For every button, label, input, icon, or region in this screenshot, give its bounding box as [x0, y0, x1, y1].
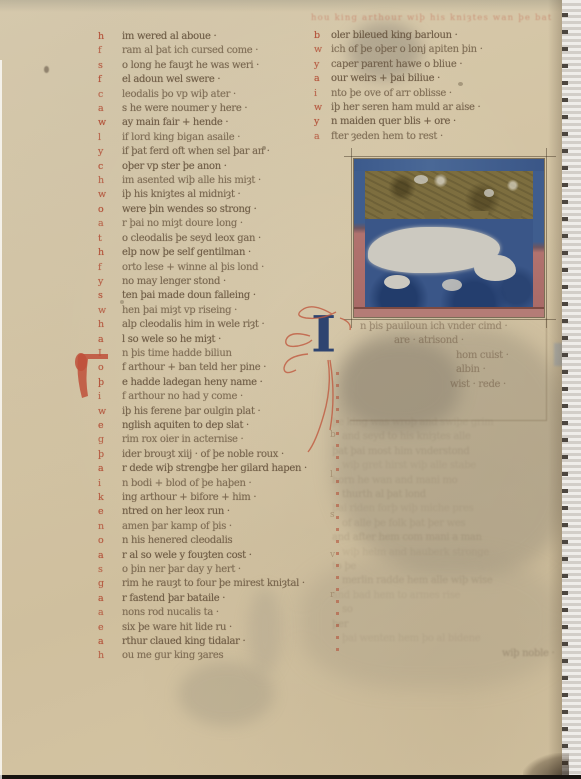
line-initial: h	[98, 649, 122, 663]
line-text: r dede wiþ strengþe her gilard hapen ·	[122, 462, 338, 476]
miniature-left-border	[354, 171, 365, 307]
manuscript-line: and after hem com mani a man	[332, 531, 560, 545]
line-text: ing arthour + bifore + him ·	[122, 491, 338, 505]
line-initial: y	[98, 275, 122, 289]
line-initial: i	[98, 477, 122, 491]
line-initial: a	[98, 549, 122, 563]
miniature-bottom-border	[354, 307, 544, 317]
line-initial: w	[98, 405, 122, 419]
line-text: leodalis þo vp wiþ ater ·	[122, 88, 338, 102]
manuscript-line: þat þai most him vnderstond	[332, 445, 560, 459]
manuscript-line: n þis pauiloun ich vnder cimd ·	[360, 320, 560, 334]
manuscript-line: lif lord king bigan asaile ·	[98, 131, 338, 145]
line-text: nons rod nucalis ta ·	[122, 606, 338, 620]
line-text: e hadde ladegan heny name ·	[122, 376, 338, 390]
line-text: and after hem com mani a man	[332, 531, 560, 545]
line-initial: h	[98, 318, 122, 332]
manuscript-line: wich of þe oþer o lonj apiten þin ·	[314, 43, 566, 57]
line-text: thurth al þat lond	[342, 488, 560, 502]
line-initial: c	[98, 88, 122, 102]
page-edge-shadow	[548, 0, 562, 779]
line-text: þe king was wroþ and swiþe grim	[332, 416, 560, 430]
line-initial: e	[98, 419, 122, 433]
line-text: rthur claued king tidalar ·	[122, 635, 338, 649]
line-initial: a	[98, 462, 122, 476]
miniature-frame	[354, 159, 544, 317]
manuscript-line: to þe	[332, 560, 560, 574]
line-text: n maiden quer blis + ore ·	[331, 115, 566, 129]
line-text: iþ her seren ham muld ar aise ·	[331, 101, 566, 115]
line-text: r þai no miȝt doure long ·	[122, 217, 338, 231]
manuscript-line: and bad hem to armes rise	[332, 589, 560, 603]
line-initial: b	[314, 29, 331, 43]
manuscript-line: grim he rauȝt to four þe mirest kniȝtal …	[98, 577, 338, 591]
line-text: if þat ferd oft when sel þar an ·	[122, 145, 338, 159]
stain	[178, 662, 274, 726]
line-initial: g	[98, 433, 122, 447]
line-text: n þis time hadde biliun	[122, 347, 338, 361]
line-text: and seyd to his kniȝtes alle	[342, 430, 560, 444]
line-initial: a	[98, 606, 122, 620]
manuscript-line: wiþ her seren ham muld ar aise ·	[314, 101, 566, 115]
manuscript-line: if arthour no had y come ·	[98, 390, 338, 404]
line-text: hen þai miȝt vp riseing ·	[122, 304, 338, 318]
manuscript-line: into þe ove of arr oblisse ·	[314, 87, 566, 101]
line-text: iþ his ferene þar oulgin plat ·	[122, 405, 338, 419]
line-text: alp cleodalis him in wele riȝt ·	[122, 318, 338, 332]
line-initial: a	[98, 333, 122, 347]
manuscript-line: yn maiden quer blis + ore ·	[314, 115, 566, 129]
manuscript-line: anons rod nucalis ta ·	[98, 606, 338, 620]
line-text: and bad hem to armes rise	[332, 589, 560, 603]
line-initial: w	[98, 304, 122, 318]
manuscript-line: wiþ gret hirst wiþ alle stabe	[342, 459, 560, 473]
manuscript-line: wiþ his kniȝtes al midniȝt ·	[98, 188, 338, 202]
line-initial: s	[98, 289, 122, 303]
manuscript-line: boler bileued king barloun ·	[314, 29, 566, 43]
line-text: were þin wendes so strong ·	[122, 203, 338, 217]
manuscript-line: þider brouȝt xiij · of þe noble roux ·	[98, 448, 338, 462]
line-initial: a	[98, 102, 122, 116]
line-text: orto lese + winne al þis lond ·	[122, 261, 338, 275]
manuscript-line: merlin radde hem alle wiþ wise	[342, 574, 560, 588]
faded-text-block: n þis pauiloun ich vnder cimd ·are · atr…	[338, 320, 560, 392]
ruling-line	[344, 156, 556, 157]
line-text: im asented wiþ alle his miȝt ·	[122, 174, 338, 188]
line-text: ider brouȝt xiij · of þe noble roux ·	[122, 448, 338, 462]
line-text: merlin radde hem alle wiþ wise	[342, 574, 560, 588]
manuscript-line: wiþ his ferene þar oulgin plat ·	[98, 405, 338, 419]
illuminated-initial-I: I	[311, 311, 331, 360]
manuscript-line: him asented wiþ alle his miȝt ·	[98, 174, 338, 188]
line-text: elp now þe self gentilman ·	[122, 246, 338, 260]
line-initial: l	[98, 131, 122, 145]
line-text: of alle þe folk þat þer wes	[342, 517, 560, 531]
manuscript-line: arthur claued king tidalar ·	[98, 635, 338, 649]
manuscript-line: namen þar kamp of þis ·	[98, 520, 338, 534]
line-initial: w	[314, 43, 331, 57]
line-text: to þe	[332, 560, 560, 574]
line-text: fter ȝeden hem to rest ·	[331, 130, 566, 144]
line-text: n þis pauiloun ich vnder cimd ·	[360, 320, 560, 334]
manuscript-line: to cleodalis þe seyd leox gan ·	[98, 232, 338, 246]
line-initial: t	[98, 232, 122, 246]
line-text: im wered al aboue ·	[122, 30, 338, 44]
line-initial: a	[314, 72, 331, 86]
line-initial: a	[98, 592, 122, 606]
line-text: iþ his kniȝtes al midniȝt ·	[122, 188, 338, 202]
line-text: þai wenten hem þo al bidene	[342, 632, 560, 646]
line-initial: w	[314, 101, 331, 115]
line-text: n his henered cleodalis	[122, 534, 338, 548]
manuscript-line: þe hadde ladegan heny name ·	[98, 376, 338, 390]
line-text: o cleodalis þe seyd leox gan ·	[122, 232, 338, 246]
manuscript-line: ar þai no miȝt doure long ·	[98, 217, 338, 231]
manuscript-line: so þin ner þar day y hert ·	[98, 563, 338, 577]
manuscript-line: þe king was wroþ and swiþe grim	[332, 416, 560, 430]
line-text: f arthour + ban teld her pine ·	[122, 361, 338, 375]
stain	[0, 0, 581, 12]
line-text: ay main fair + hende ·	[122, 116, 338, 130]
manuscript-line: as he were noumer y here ·	[98, 102, 338, 116]
line-initial: f	[98, 73, 122, 87]
paint-loss-patch	[474, 255, 516, 281]
line-initial: a	[98, 217, 122, 231]
manuscript-line: horn he wan and mani mo	[332, 474, 560, 488]
manuscript-line: coþer vp ster þe anon ·	[98, 160, 338, 174]
line-text: nto þe ove of arr oblisse ·	[331, 87, 566, 101]
manuscript-line: in bodi + blod of þe haþen ·	[98, 477, 338, 491]
line-initial: w	[98, 188, 122, 202]
line-initial: f	[98, 261, 122, 275]
manuscript-line: way main fair + hende ·	[98, 116, 338, 130]
line-text: þer	[332, 618, 560, 632]
line-text: l so wele so he miȝt ·	[122, 333, 338, 347]
paint-loss-patch	[484, 189, 494, 197]
manuscript-line: hom cuist ·	[456, 349, 560, 363]
line-text: nglish aquiten to dep slat ·	[122, 419, 338, 433]
line-text: are · atrisond ·	[394, 334, 560, 348]
line-text: horn he wan and mani mo	[332, 474, 560, 488]
manuscript-line: In þis time hadde biliun	[98, 347, 338, 361]
scan-bottom-border	[0, 775, 581, 779]
line-text: rim he rauȝt to four þe mirest kniȝtal ·	[122, 577, 338, 591]
line-text: wiþ gret hirst wiþ alle stabe	[342, 459, 560, 473]
manuscript-line: so	[342, 603, 560, 617]
ruling-line	[351, 148, 352, 328]
manuscript-line: when þai miȝt vp riseing ·	[98, 304, 338, 318]
line-initial: I	[98, 347, 122, 361]
manuscript-line: þai riden forþ wiþ miche pres	[332, 502, 560, 516]
manuscript-line: grim rox oier in acternise ·	[98, 433, 338, 447]
manuscript-line: al so wele so he miȝt ·	[98, 333, 338, 347]
line-text: o long he fauȝt he was weri ·	[122, 59, 338, 73]
line-text: wist · rede ·	[450, 378, 560, 392]
line-text: f arthour no had y come ·	[122, 390, 338, 404]
line-initial: e	[98, 621, 122, 635]
manuscript-line: ar fastend þar bataile ·	[98, 592, 338, 606]
line-initial: n	[98, 520, 122, 534]
line-initial: þ	[98, 448, 122, 462]
line-initial: o	[98, 203, 122, 217]
manuscript-line: sten þai made doun falleing ·	[98, 289, 338, 303]
paint-loss-patch	[414, 175, 428, 184]
ruling-line	[546, 148, 547, 328]
line-text: ram al þat ich cursed come ·	[122, 44, 338, 58]
miniature-top-border	[354, 159, 544, 171]
line-text: s he were noumer y here ·	[122, 102, 338, 116]
manuscript-line: þer	[332, 618, 560, 632]
manuscript-line: on his henered cleodalis	[98, 534, 338, 548]
left-text-column: him wered al aboue ·fram al þat ich curs…	[98, 30, 338, 664]
manuscript-line: yif þat ferd oft when sel þar an ·	[98, 145, 338, 159]
line-text: þat þai most him vnderstond	[332, 445, 560, 459]
line-text: rim rox oier in acternise ·	[122, 433, 338, 447]
line-initial: h	[98, 246, 122, 260]
manuscript-line: of arthour + ban teld her pine ·	[98, 361, 338, 375]
manuscript-line: yno may lenger stond ·	[98, 275, 338, 289]
line-text: el adoun wel swere ·	[122, 73, 338, 87]
initial-letter: I	[311, 313, 331, 355]
line-text: þai riden forþ wiþ miche pres	[332, 502, 560, 516]
manuscript-line: halp cleodalis him in wele riȝt ·	[98, 318, 338, 332]
manuscript-line: fram al þat ich cursed come ·	[98, 44, 338, 58]
manuscript-line: þai wenten hem þo al bidene	[342, 632, 560, 646]
line-initial: h	[98, 174, 122, 188]
line-text: if lord king bigan asaile ·	[122, 131, 338, 145]
line-text: caper parent hawe o bliue ·	[331, 58, 566, 72]
line-text: no may lenger stond ·	[122, 275, 338, 289]
line-initial: f	[98, 44, 122, 58]
manuscript-line: wist · rede ·	[450, 378, 560, 392]
line-initial: c	[98, 160, 122, 174]
line-initial: s	[98, 59, 122, 73]
manuscript-line: albin ·	[456, 363, 560, 377]
manuscript-line: after ȝeden hem to rest ·	[314, 130, 566, 144]
ghost-text-block: þe king was wroþ and swiþe grimand seyd …	[332, 416, 560, 661]
fore-edge-notches	[562, 0, 568, 779]
manuscript-line: thurth al þat lond	[342, 488, 560, 502]
line-text: our weirs + þai biliue ·	[331, 72, 566, 86]
rubric-heading: hou king arthour wiþ his kniȝtes wan þe …	[311, 13, 551, 23]
line-initial: a	[98, 635, 122, 649]
manuscript-line: of alle þe folk þat þer wes	[342, 517, 560, 531]
line-initial: i	[98, 390, 122, 404]
manuscript-line: esix þe ware hit lide ru ·	[98, 621, 338, 635]
line-text: six þe ware hit lide ru ·	[122, 621, 338, 635]
manuscript-line: so long he fauȝt he was weri ·	[98, 59, 338, 73]
manuscript-line: king arthour + bifore + him ·	[98, 491, 338, 505]
manuscript-line: help now þe self gentilman ·	[98, 246, 338, 260]
line-initial: o	[98, 534, 122, 548]
manuscript-line: are · atrisond ·	[394, 334, 560, 348]
line-initial: e	[98, 505, 122, 519]
line-text: amen þar kamp of þis ·	[122, 520, 338, 534]
line-text: ten þai made doun falleing ·	[122, 289, 338, 303]
line-initial: h	[98, 30, 122, 44]
line-text: hom cuist ·	[456, 349, 560, 363]
line-text: ou me gur king ȝares	[122, 649, 338, 663]
manuscript-line: entred on her leox run ·	[98, 505, 338, 519]
line-text: oler bileued king barloun ·	[331, 29, 566, 43]
line-initial: w	[98, 116, 122, 130]
line-initial: y	[314, 115, 331, 129]
line-text: n bodi + blod of þe haþen ·	[122, 477, 338, 491]
book-fore-edge	[562, 0, 581, 779]
manuscript-line: hou me gur king ȝares	[98, 649, 338, 663]
line-initial: y	[314, 58, 331, 72]
manuscript-line: forto lese + winne al þis lond ·	[98, 261, 338, 275]
line-text: so	[342, 603, 560, 617]
manuscript-line: ar al so wele y fouȝten cost ·	[98, 549, 338, 563]
paint-loss-patch	[442, 279, 462, 291]
line-initial: k	[98, 491, 122, 505]
manuscript-line: english aquiten to dep slat ·	[98, 419, 338, 433]
line-initial: g	[98, 577, 122, 591]
manuscript-line: ycaper parent hawe o bliue ·	[314, 58, 566, 72]
line-text: r fastend þar bataile ·	[122, 592, 338, 606]
manuscript-page: hou king arthour wiþ his kniȝtes wan þe …	[0, 0, 581, 779]
manuscript-line: ar dede wiþ strengþe her gilard hapen ·	[98, 462, 338, 476]
paint-loss-patch	[384, 275, 410, 289]
miniature-right-border	[533, 171, 544, 307]
line-initial: o	[98, 361, 122, 375]
manuscript-line: owere þin wendes so strong ·	[98, 203, 338, 217]
line-text: oþer vp ster þe anon ·	[122, 160, 338, 174]
scan-left-border	[0, 60, 2, 779]
right-text-column: boler bileued king barloun ·wich of þe o…	[314, 29, 566, 144]
manuscript-line: wiþ helm and hauberk stronge	[342, 546, 560, 560]
ink-speck	[44, 66, 49, 73]
line-text: r al so wele y fouȝten cost ·	[122, 549, 338, 563]
line-initial: y	[98, 145, 122, 159]
line-text: ntred on her leox run ·	[122, 505, 338, 519]
line-initial: þ	[98, 376, 122, 390]
line-initial: a	[314, 130, 331, 144]
manuscript-line: cleodalis þo vp wiþ ater ·	[98, 88, 338, 102]
line-text: albin ·	[456, 363, 560, 377]
line-text: ich of þe oþer o lonj apiten þin ·	[331, 43, 566, 57]
line-initial: i	[314, 87, 331, 101]
manuscript-line: him wered al aboue ·	[98, 30, 338, 44]
line-text: o þin ner þar day y hert ·	[122, 563, 338, 577]
manuscript-line: aour weirs + þai biliue ·	[314, 72, 566, 86]
manuscript-line: and seyd to his kniȝtes alle	[342, 430, 560, 444]
manuscript-line: fel adoun wel swere ·	[98, 73, 338, 87]
line-initial: s	[98, 563, 122, 577]
line-text: wiþ helm and hauberk stronge	[342, 546, 560, 560]
